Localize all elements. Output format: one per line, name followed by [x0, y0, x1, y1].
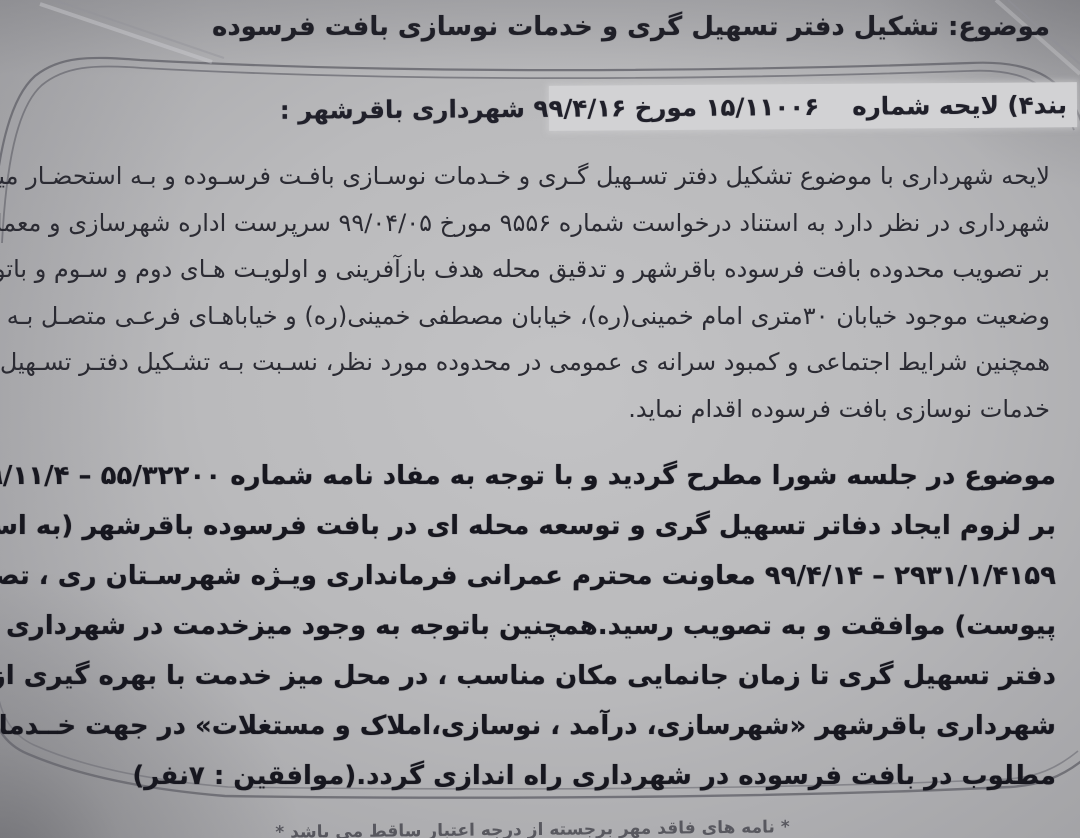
paragraph-line: شهرداری باقرشهر «شهرسازی، درآمد ، نوسازی…	[28, 701, 1056, 751]
paragraph-line: خدمات نوسازی بافت فرسوده اقدام نماید.	[32, 386, 1050, 433]
paragraph-line: وضعیت موجود خیابان ۳۰متری امام خمینی(ره)…	[32, 293, 1050, 340]
validity-footer-note: * نامه های فاقد مهر برجسته از درجه اعتبا…	[255, 814, 810, 838]
paragraph-line: لایحه شهرداری با موضوع تشکیل دفتر تسـهیل…	[32, 153, 1050, 200]
clause-heading-highlight: بند۴) لایحه شماره ۱۵/۱۱۰۰۶ مورخ ۹۹/۴/۱۶ …	[549, 82, 1077, 131]
resolution-paragraph: موضوع در جلسه شورا مطرح گردید و با توجه …	[28, 451, 1056, 801]
paragraph-line: موضوع در جلسه شورا مطرح گردید و با توجه …	[28, 451, 1056, 501]
paragraph-line: بر تصویب محدوده بافت فرسوده باقرشهر و تد…	[32, 246, 1050, 293]
scanned-document-page: موضوع: تشکیل دفتر تسهیل گری و خدمات نوسا…	[0, 0, 1080, 838]
paragraph-line: همچنین شرایط اجتماعی و کمبود سرانه ی عمو…	[32, 339, 1050, 386]
paragraph-line: ۲۹۳۱/۱/۴۱۵۹ – ۹۹/۴/۱۴ معاونت محترم عمران…	[28, 551, 1056, 601]
bill-paragraph: لایحه شهرداری با موضوع تشکیل دفتر تسـهیل…	[32, 153, 1050, 432]
clause-heading: بند۴) لایحه شماره ۱۵/۱۱۰۰۶ مورخ ۹۹/۴/۱۶ …	[539, 82, 1067, 131]
paragraph-line: دفتر تسهیل گری تا زمان جانمایی مکان مناس…	[28, 651, 1056, 701]
subject-line: موضوع: تشکیل دفتر تسهیل گری و خدمات نوسا…	[30, 12, 1050, 42]
paragraph-line: شهرداری در نظر دارد به استناد درخواست شم…	[32, 200, 1050, 247]
paragraph-line: پیوست) موافقت و به تصویب رسید.همچنین بات…	[28, 601, 1056, 651]
paragraph-line: مطلوب در بافت فرسوده در شهرداری راه اندا…	[28, 751, 1056, 801]
paragraph-line: بر لزوم ایجاد دفاتر تسهیل گری و توسعه مح…	[28, 501, 1056, 551]
